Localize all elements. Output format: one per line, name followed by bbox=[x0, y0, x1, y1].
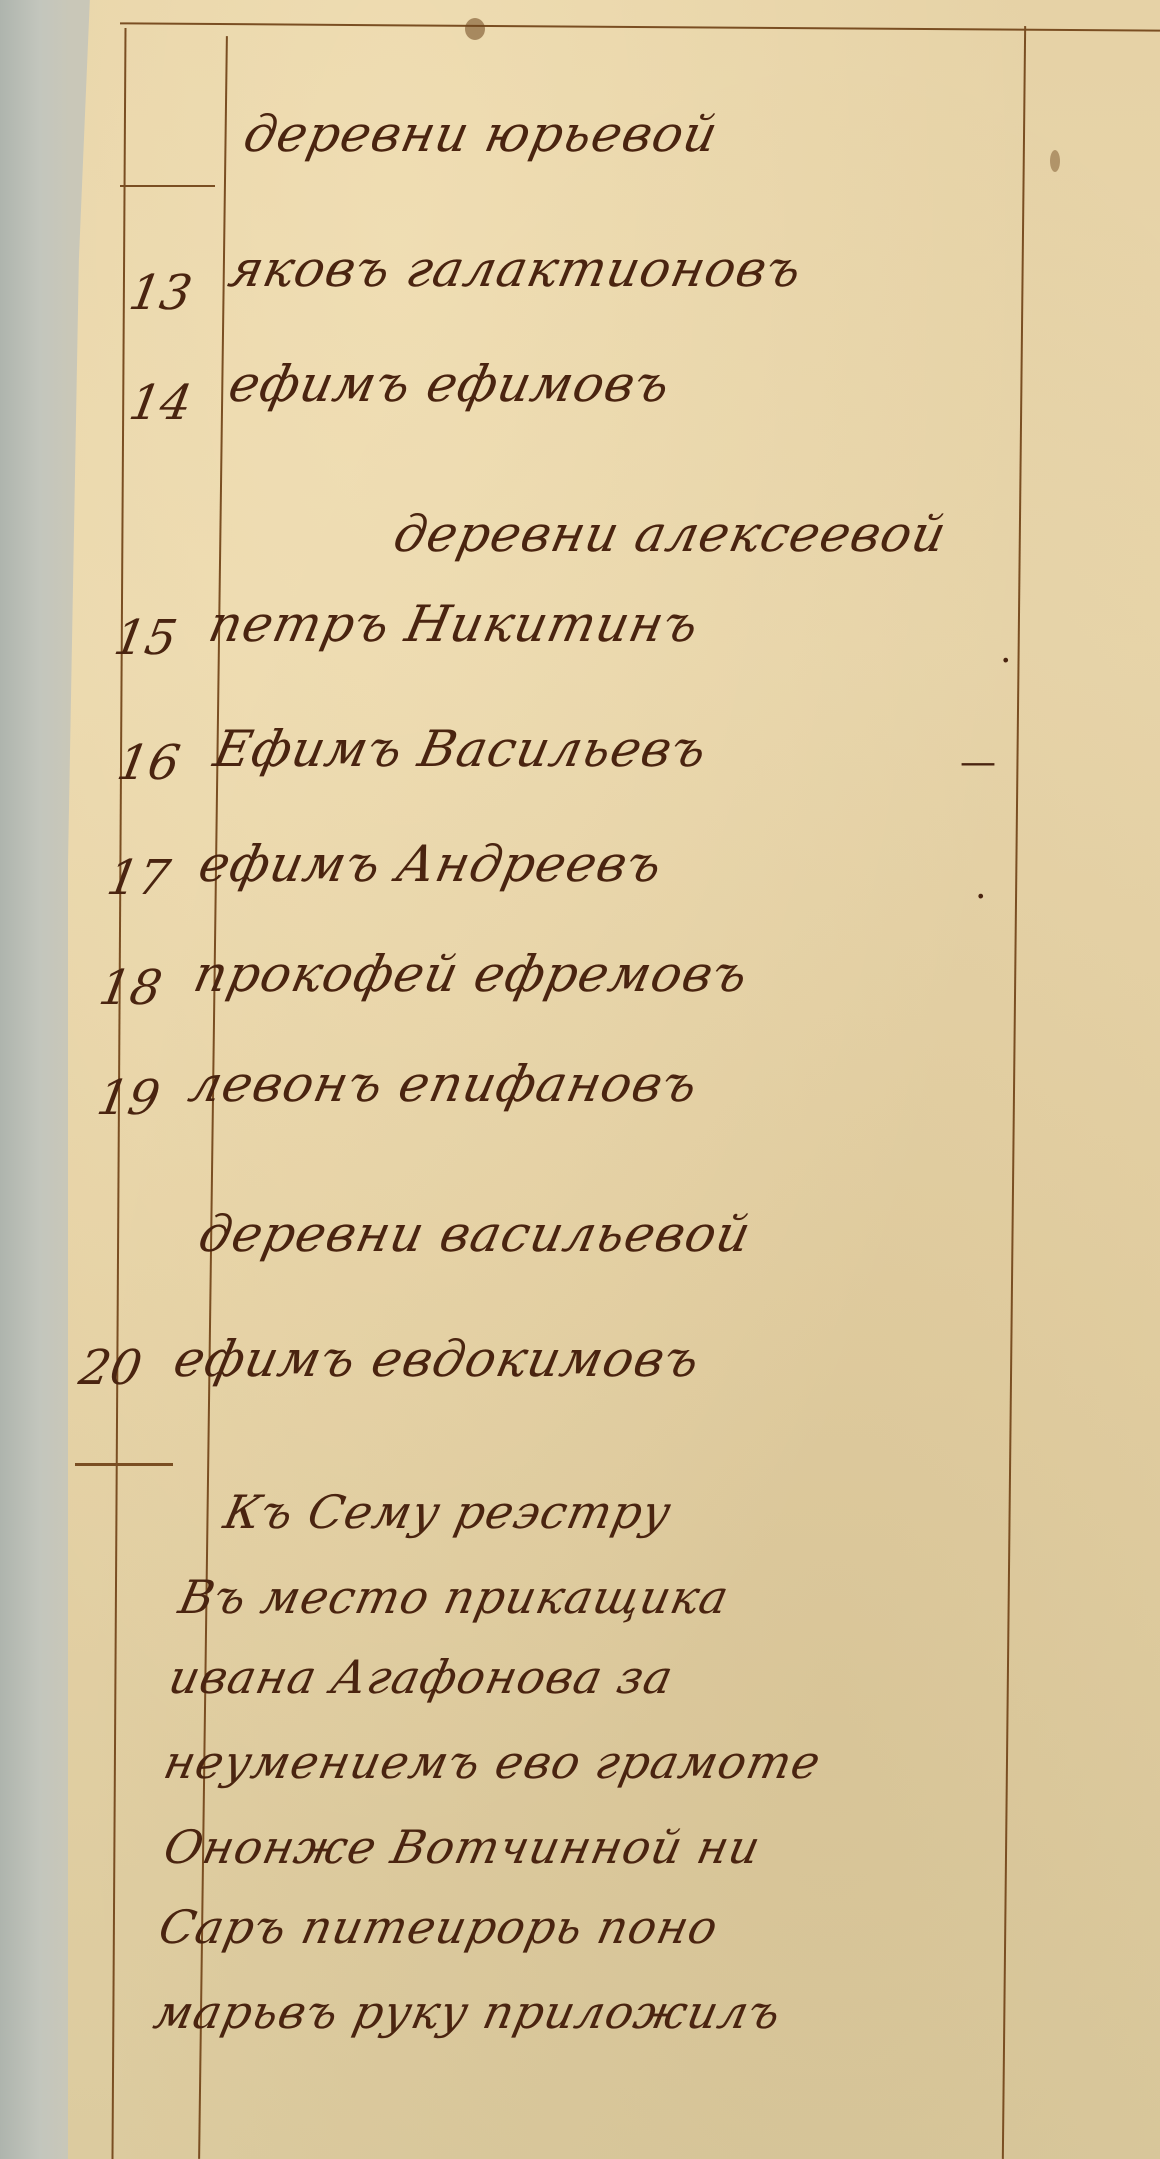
entry-number: 19 bbox=[93, 1070, 164, 1126]
header-cell-divider bbox=[120, 185, 215, 187]
attestation-line: Ононже Вотчинной ни bbox=[159, 1820, 765, 1874]
ink-blot bbox=[465, 18, 485, 40]
entry-name: яковъ галактионовъ bbox=[224, 240, 807, 298]
attestation-line: ивана Агафонова за bbox=[164, 1650, 678, 1704]
attestation-line: Къ Сему реэстру bbox=[219, 1485, 676, 1539]
entry-mark: — bbox=[960, 742, 996, 783]
attestation-line: марьвъ руку приложилъ bbox=[149, 1985, 786, 2039]
section-header: деревни васильевой bbox=[194, 1205, 757, 1263]
entry-mark: . bbox=[1000, 630, 1011, 671]
entry-name: прокофей ефремовъ bbox=[189, 945, 754, 1003]
entry-number: 15 bbox=[110, 610, 181, 666]
entry-number: 18 bbox=[95, 960, 166, 1016]
attestation-line: Саръ питеирорь поно bbox=[154, 1900, 723, 1954]
section-header: деревни алексеевой bbox=[389, 505, 952, 563]
entry-name: петръ Никитинъ bbox=[204, 595, 705, 653]
entry-name: ефимъ евдокимовъ bbox=[169, 1330, 705, 1388]
entry-name: ефимъ ефимовъ bbox=[224, 355, 676, 413]
entry-name: левонъ епифановъ bbox=[184, 1055, 704, 1113]
entry-mark: . bbox=[975, 866, 986, 907]
entry-number: 16 bbox=[113, 735, 184, 791]
entry-number: 14 bbox=[125, 375, 196, 431]
entry-number: 17 bbox=[103, 850, 174, 906]
attestation-line: неумениемъ ево грамоте bbox=[159, 1735, 826, 1789]
entry-number: 20 bbox=[75, 1340, 146, 1396]
entry-number: 13 bbox=[125, 265, 196, 321]
attestation-line: Въ место прикащика bbox=[174, 1570, 734, 1624]
entry-name: ефимъ Андреевъ bbox=[194, 835, 668, 893]
ink-spot bbox=[1050, 150, 1060, 172]
entry-name: Ефимъ Васильевъ bbox=[209, 720, 713, 778]
entries-end-divider bbox=[75, 1463, 173, 1466]
section-header: деревни юрьевой bbox=[239, 105, 724, 163]
